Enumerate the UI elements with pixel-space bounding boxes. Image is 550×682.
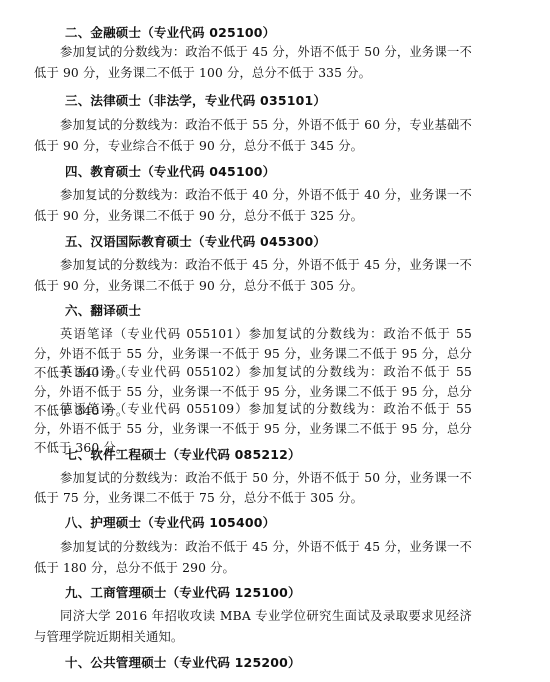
- section-heading-software-engineering: 七、软件工程硕士（专业代码 085212）: [65, 445, 301, 463]
- section-paragraph: 参加复试的分数线为：政治不低于 45 分，外语不低于 45 分，业务课一不低于 …: [34, 537, 472, 578]
- section-heading-mpa: 十、公共管理硕士（专业代码 125200）: [65, 653, 301, 671]
- section-paragraph: 参加复试的分数线为：政治不低于 45 分，外语不低于 50 分，业务课一不低于 …: [34, 42, 472, 83]
- section-paragraph: 参加复试的分数线为：政治不低于 40 分，外语不低于 40 分，业务课一不低于 …: [34, 185, 472, 226]
- section-paragraph: 参加复试的分数线为：政治不低于 50 分，外语不低于 50 分，业务课一不低于 …: [34, 469, 472, 508]
- section-heading-education: 四、教育硕士（专业代码 045100）: [65, 162, 275, 180]
- section-heading-chinese-intl-education: 五、汉语国际教育硕士（专业代码 045300）: [65, 232, 326, 250]
- section-heading-finance: 二、金融硕士（专业代码 025100）: [65, 23, 275, 41]
- section-heading-translation: 六、翻译硕士: [65, 301, 141, 319]
- section-paragraph: 同济大学 2016 年招收攻读 MBA 专业学位研究生面试及录取要求见经济与管理…: [34, 606, 472, 647]
- section-paragraph: 参加复试的分数线为：政治不低于 45 分，外语不低于 45 分，业务课一不低于 …: [34, 255, 472, 296]
- section-heading-nursing: 八、护理硕士（专业代码 105400）: [65, 513, 275, 531]
- section-heading-mba: 九、工商管理硕士（专业代码 125100）: [65, 583, 301, 601]
- section-heading-law: 三、法律硕士（非法学，专业代码 035101）: [65, 91, 326, 109]
- section-paragraph: 参加复试的分数线为：政治不低于 55 分，外语不低于 60 分，专业基础不低于 …: [34, 115, 472, 156]
